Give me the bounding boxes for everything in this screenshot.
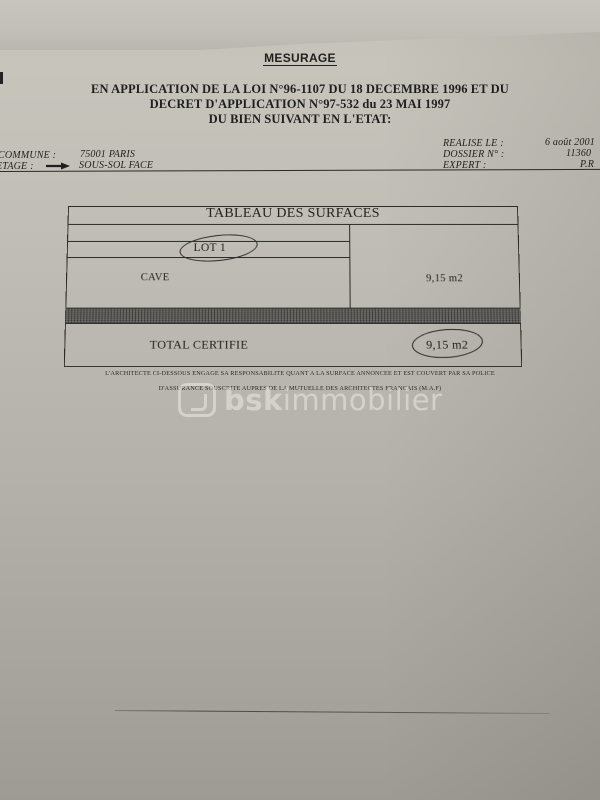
- surfaces-table: TABLEAU DES SURFACES LOT 1 CAVE 9,15 m2 …: [64, 206, 522, 367]
- signature-line: [115, 710, 550, 714]
- watermark-brand-bold: bsk: [224, 383, 283, 417]
- commune-label: COMMUNE :: [0, 150, 56, 161]
- footnote-line-1: L'ARCHITECTE CI-DESSOUS ENGAGE SA RESPON…: [0, 370, 600, 377]
- etage-value: SOUS-SOL FACE: [79, 160, 153, 171]
- paper-top-edge: [0, 0, 600, 50]
- law-line-1: EN APPLICATION DE LA LOI N°96-1107 DU 18…: [0, 82, 600, 97]
- hatched-separator: [65, 308, 521, 324]
- table-row-label: CAVE: [141, 272, 170, 283]
- document-title: MESURAGE: [0, 51, 600, 65]
- table-rule: [67, 224, 518, 225]
- dossier-value: 11360: [566, 148, 591, 159]
- table-title: TABLEAU DES SURFACES: [68, 206, 519, 222]
- commune-value: 75001 PARIS: [80, 149, 135, 160]
- total-label: TOTAL CERTIFIE: [150, 337, 249, 352]
- realise-value: 6 août 2001: [545, 137, 595, 148]
- bsk-logo-icon: [178, 383, 216, 417]
- table-row-surface: 9,15 m2: [426, 273, 463, 284]
- realise-label: REALISE LE :: [443, 138, 504, 149]
- dossier-label: DOSSIER N° :: [443, 149, 504, 160]
- watermark-brand-rest: immobilier: [283, 383, 443, 417]
- watermark-text: bskimmobilier: [224, 383, 442, 417]
- law-line-3: DU BIEN SUIVANT EN L'ETAT:: [0, 112, 600, 127]
- law-line-2: DECRET D'APPLICATION N°97-532 du 23 MAI …: [0, 97, 600, 112]
- arrow-right-icon: [46, 162, 70, 170]
- watermark: bskimmobilier: [178, 383, 442, 417]
